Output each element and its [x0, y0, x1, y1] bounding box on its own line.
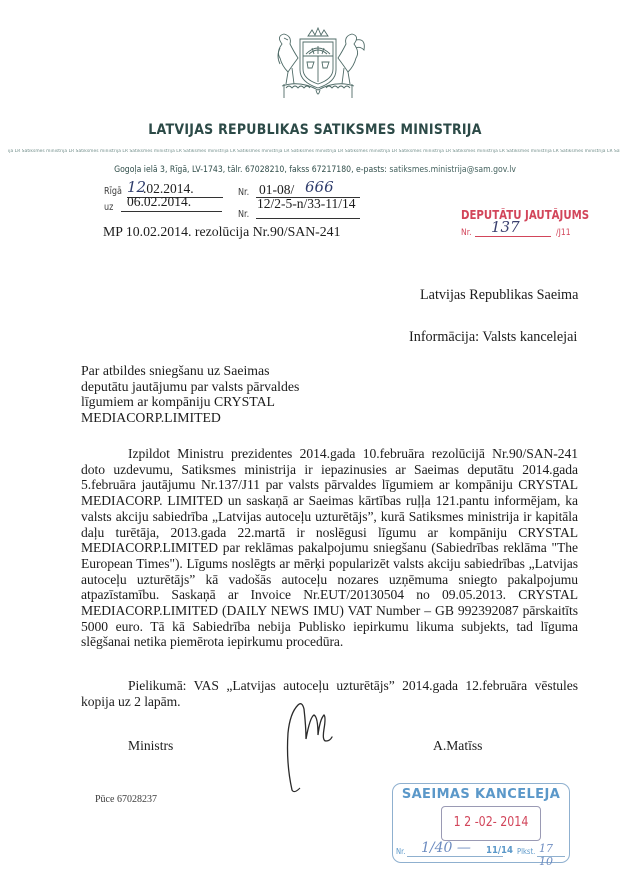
uz-label: uz [104, 202, 113, 213]
subject-line: MEDIACORP.LIMITED [81, 410, 299, 426]
nr-label: Nr. [238, 187, 249, 198]
subject: Par atbildes sniegšanu uz Saeimas deputā… [81, 363, 299, 425]
subject-line: deputātu jautājumu par valsts pārvaldes [81, 379, 299, 395]
deputy-stamp-nr-suffix: /J11 [556, 228, 571, 238]
nr-handwritten: 666 [305, 178, 334, 196]
latvia-coat-of-arms-icon [262, 22, 374, 102]
saeima-stamp-date: 1 2 -02- 2014 [449, 815, 532, 830]
handwritten-signature-icon [270, 693, 340, 793]
email-link[interactable]: satiksmes.ministrija@sam.gov.lv [389, 165, 516, 175]
ref-nr-underline [256, 218, 360, 219]
saeima-stamp-nr-line [407, 856, 503, 857]
saeima-stamp-date-box: 1 2 -02- 2014 [441, 806, 541, 841]
ministry-address: Gogoļa ielā 3, Rīgā, LV-1743, tālr. 6702… [32, 165, 599, 175]
ministry-name: LATVIJAS REPUBLIKAS SATIKSMES MINISTRIJA [44, 121, 586, 138]
saeima-stamp-nr-label: Nr. [396, 847, 405, 856]
deputy-question-stamp-title: DEPUTĀTU JAUTĀJUMS [461, 208, 589, 222]
signatory-name: A.Matīss [433, 738, 482, 754]
signature [270, 693, 340, 793]
ref-nr: 12/2-5-n/33-11/14 [257, 196, 356, 212]
saeima-chancellery-stamp: SAEIMAS KANCELEJA 1 2 -02- 2014 Nr. 1/40… [392, 783, 570, 863]
saeima-stamp-nr-handwritten: 1/40 — [421, 840, 471, 856]
subject-line: Par atbildes sniegšanu uz Saeimas [81, 363, 299, 379]
saeima-stamp-title: SAEIMAS KANCELEJA [393, 787, 569, 802]
coat-of-arms-emblem [262, 22, 374, 102]
addressee: Latvijas Republikas Saeima [420, 288, 578, 304]
signatory-title: Ministrs [128, 738, 173, 754]
contact-person: Pūce 67028237 [95, 794, 157, 805]
body-paragraph: Izpildot Ministru prezidentes 2014.gada … [81, 446, 578, 650]
ref-nr-label: Nr. [238, 209, 249, 220]
deputy-stamp-nr-label: Nr. [461, 228, 472, 238]
uz-underline [121, 211, 222, 212]
deputy-stamp-nr-handwritten: 137 [491, 218, 520, 236]
info-recipient: Informācija: Valsts kancelejai [409, 330, 577, 346]
place-label: Rīgā [104, 186, 122, 197]
security-microtext: ija LR Satiksmes ministrija LR Satiksmes… [8, 149, 620, 154]
mp-resolution: MP 10.02.2014. rezolūcija Nr.90/SAN-241 [103, 224, 340, 240]
subject-line: līgumiem ar kompāniju CRYSTAL [81, 394, 299, 410]
saeima-stamp-time-handwritten: 17 10 [539, 842, 569, 868]
saeima-stamp-time-label: Plkst. [517, 847, 535, 856]
uz-date: 06.02.2014. [127, 194, 191, 210]
deputy-stamp-nr-line [475, 236, 551, 237]
address-text: Gogoļa ielā 3, Rīgā, LV-1743, tālr. 6702… [114, 165, 387, 175]
saeima-stamp-nr-suffix: 11/14 [486, 845, 513, 856]
